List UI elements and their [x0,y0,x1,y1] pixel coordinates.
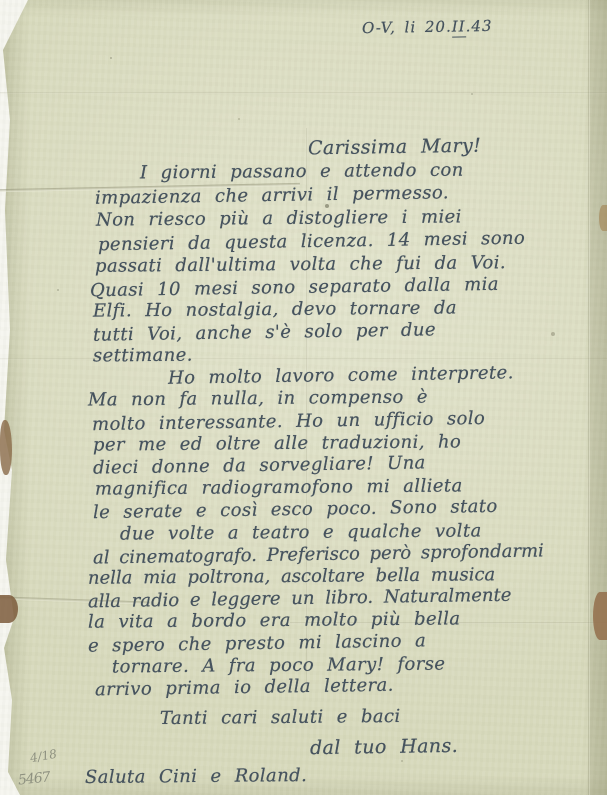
letter-line: Elfi. Ho nostalgia, devo tornare da [93,299,457,320]
letter-salutation: Carissima Mary! [308,137,482,159]
letter-line: due volte a teatro e qualche volta [120,522,482,543]
letter-date: O-V, li 20.II.43 [362,19,493,36]
date-month: II [452,17,466,37]
pencil-note: 5467 [17,770,50,787]
letter-line: Ma non fa nulla, in compenso è [88,389,428,410]
date-suffix: .43 [465,17,492,35]
letter-line: settimane. [93,347,193,366]
letter-line: arrivo prima io della lettera. [95,677,394,700]
letter-line: magnifica radiogramofono mi allieta [95,477,463,498]
date-prefix: O-V, li 20. [362,18,452,38]
letter-line: dieci donne da sorvegliare! Una [93,454,426,477]
letter-line: per me ed oltre alle traduzioni, ho [93,433,461,454]
letter-closing: Tanti cari saluti e baci [160,708,401,728]
letter-line: nella mia poltrona, ascoltare bella musi… [88,566,495,588]
letter-scan: O-V, li 20.II.43 Carissima Mary! I giorn… [0,0,607,795]
paper-specks [0,0,2,2]
letter-postscript: Saluta Cini e Roland. [85,767,307,787]
letter-line: I giorni passano e attendo con [140,162,464,183]
letter-line: Non riesco più a distogliere i miei [96,208,462,229]
letter-line: passati dall'ultima volta che fui da Voi… [95,254,506,276]
letter-line: la vita a bordo era molto più bella [88,610,461,631]
letter-signature: dal tuo Hans. [310,737,458,758]
letter-line: tornare. A fra poco Mary! forse [112,656,446,677]
